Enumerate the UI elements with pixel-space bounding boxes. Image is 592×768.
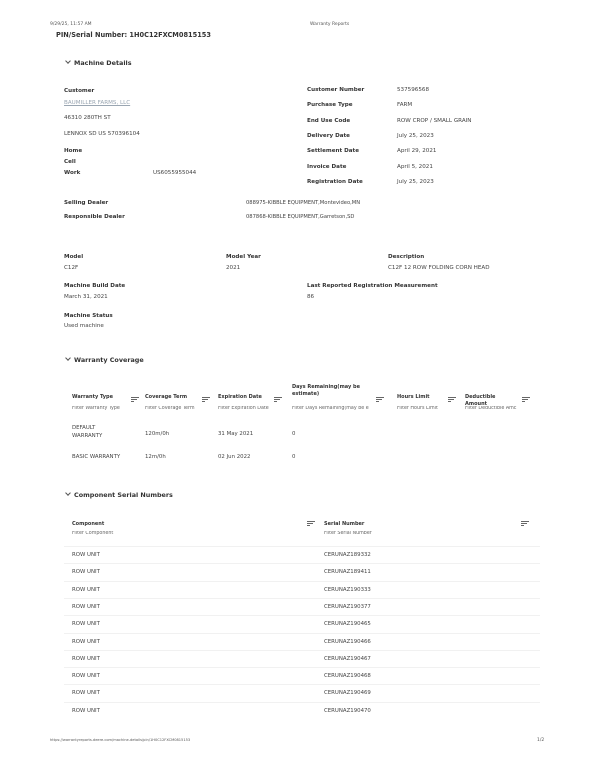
section-toggle-component-serial-numbers[interactable]: Component Serial Numbers [66, 491, 173, 499]
row-divider [64, 684, 540, 685]
row-divider [64, 650, 540, 651]
field-label: End Use Code [307, 118, 350, 124]
serial-number-cell: CERUNAZ190468 [324, 672, 371, 680]
column-header[interactable]: Serial Number [324, 521, 364, 528]
field-value: April 29, 2021 [397, 148, 436, 154]
serial-number-cell: CERUNAZ190377 [324, 603, 371, 611]
sort-filter-icon[interactable] [522, 397, 530, 403]
chevron-down-icon [65, 58, 71, 64]
customer-address-line1: 46310 280TH ST [64, 115, 111, 121]
table-cell: 0 [292, 453, 392, 461]
table-cell: 0 [292, 430, 392, 438]
print-timestamp: 9/29/25, 11:57 AM [50, 22, 92, 27]
section-toggle-warranty-coverage[interactable]: Warranty Coverage [66, 356, 144, 364]
print-footer-url: https://warrantyreports.deere.com/machin… [50, 738, 190, 742]
serial-number-cell: CERUNAZ190466 [324, 638, 371, 646]
column-header[interactable]: Expiration Date [218, 394, 278, 401]
machine-status-label: Machine Status [64, 313, 113, 319]
field-value: 537596568 [397, 87, 429, 93]
dealer-label: Selling Dealer [64, 200, 108, 206]
model-label: Model [64, 254, 83, 260]
column-filter-input[interactable]: Filter Deductible Amc [465, 406, 529, 411]
machine-status-value: Used machine [64, 323, 104, 329]
field-value: April 5, 2021 [397, 164, 433, 170]
table-cell: 31 May 2021 [218, 430, 288, 438]
row-divider [64, 598, 540, 599]
table-cell: DEFAULT WARRANTY [72, 424, 124, 440]
sort-filter-icon[interactable] [448, 397, 456, 403]
dealer-value: 087868-KIBBLE EQUIPMENT,Garretson,SD [246, 214, 354, 220]
field-label: Customer Number [307, 87, 364, 93]
field-label: Settlement Date [307, 148, 359, 154]
serial-number-cell: CERUNAZ190465 [324, 620, 371, 628]
field-value: ROW CROP / SMALL GRAIN [397, 118, 471, 124]
section-title: Component Serial Numbers [74, 491, 173, 499]
field-value: FARM [397, 102, 412, 108]
row-divider [64, 615, 540, 616]
field-value: July 25, 2023 [397, 133, 434, 139]
sort-filter-icon[interactable] [376, 397, 384, 403]
column-filter-input[interactable]: Filter Days Remaining(may be e [292, 406, 390, 411]
sort-filter-icon[interactable] [274, 397, 282, 403]
column-filter-input[interactable]: Filter Hours Limit [397, 406, 457, 411]
description-value: C12F 12 ROW FOLDING CORN HEAD [388, 265, 490, 271]
component-name-cell: ROW UNIT [72, 707, 100, 715]
serial-number-cell: CERUNAZ190469 [324, 689, 371, 697]
component-name-cell: ROW UNIT [72, 551, 100, 559]
column-filter-input[interactable]: Filter Component [72, 531, 252, 536]
serial-number-cell: CERUNAZ189332 [324, 551, 371, 559]
serial-number-cell: CERUNAZ190470 [324, 707, 371, 715]
print-page-number: 1/2 [537, 738, 544, 743]
work-phone-label: Work [64, 170, 80, 176]
build-date-value: March 31, 2021 [64, 294, 108, 300]
field-value: July 25, 2023 [397, 179, 434, 185]
section-title: Machine Details [74, 59, 132, 67]
customer-label: Customer [64, 88, 94, 94]
last-measurement-value: 86 [307, 294, 314, 300]
print-page-title: Warranty Reports [310, 22, 349, 27]
description-label: Description [388, 254, 424, 260]
table-cell: 02 Jun 2022 [218, 453, 288, 461]
dealer-label: Responsible Dealer [64, 214, 125, 220]
page-title: PIN/Serial Number: 1H0C12FXCM0815153 [56, 31, 211, 39]
customer-name-link[interactable]: BAUMILLER FARMS, LLC [64, 100, 130, 106]
dealer-value: 088975-KIBBLE EQUIPMENT,Montevideo,MN [246, 200, 360, 206]
build-date-label: Machine Build Date [64, 283, 125, 289]
component-name-cell: ROW UNIT [72, 672, 100, 680]
column-filter-input[interactable]: Filter Expiration Date [218, 406, 286, 411]
home-phone-label: Home [64, 148, 82, 154]
component-name-cell: ROW UNIT [72, 655, 100, 663]
work-phone-value: US6055955044 [153, 170, 196, 176]
column-filter-input[interactable]: Filter Coverage Term [145, 406, 211, 411]
section-toggle-machine-details[interactable]: Machine Details [66, 59, 132, 67]
row-divider [64, 563, 540, 564]
row-divider [64, 667, 540, 668]
row-divider [64, 633, 540, 634]
column-header[interactable]: Hours Limit [397, 394, 449, 401]
row-divider [64, 702, 540, 703]
field-label: Invoice Date [307, 164, 346, 170]
field-label: Registration Date [307, 179, 363, 185]
column-header[interactable]: Warranty Type [72, 394, 130, 401]
serial-number-cell: CERUNAZ190467 [324, 655, 371, 663]
column-header[interactable]: Component [72, 521, 104, 528]
column-filter-input[interactable]: Filter Serial Number [324, 531, 504, 536]
last-measurement-label: Last Reported Registration Measurement [307, 283, 438, 289]
model-year-value: 2021 [226, 265, 240, 271]
component-name-cell: ROW UNIT [72, 568, 100, 576]
field-label: Delivery Date [307, 133, 350, 139]
sort-filter-icon[interactable] [521, 521, 529, 527]
serial-number-cell: CERUNAZ189411 [324, 568, 371, 576]
component-name-cell: ROW UNIT [72, 603, 100, 611]
column-header[interactable]: Coverage Term [145, 394, 203, 401]
column-header[interactable]: Days Remaining(may be estimate) [292, 384, 382, 398]
table-cell: 12m/0h [145, 453, 213, 461]
component-name-cell: ROW UNIT [72, 586, 100, 594]
serial-number-cell: CERUNAZ190333 [324, 586, 371, 594]
component-name-cell: ROW UNIT [72, 620, 100, 628]
row-divider [64, 581, 540, 582]
column-filter-input[interactable]: Filter Warranty Type [72, 406, 138, 411]
component-name-cell: ROW UNIT [72, 689, 100, 697]
sort-filter-icon[interactable] [131, 397, 139, 403]
sort-filter-icon[interactable] [307, 521, 315, 527]
model-year-label: Model Year [226, 254, 261, 260]
chevron-down-icon [65, 355, 71, 361]
sort-filter-icon[interactable] [202, 397, 210, 403]
field-label: Purchase Type [307, 102, 353, 108]
model-value: C12F [64, 265, 78, 271]
cell-phone-label: Cell [64, 159, 76, 165]
component-name-cell: ROW UNIT [72, 638, 100, 646]
table-cell: 120m/0h [145, 430, 213, 438]
table-cell: BASIC WARRANTY [72, 453, 124, 461]
section-title: Warranty Coverage [74, 356, 144, 364]
customer-address-line2: LENNOX SD US 570396104 [64, 131, 140, 137]
chevron-down-icon [65, 490, 71, 496]
row-divider [64, 546, 540, 547]
